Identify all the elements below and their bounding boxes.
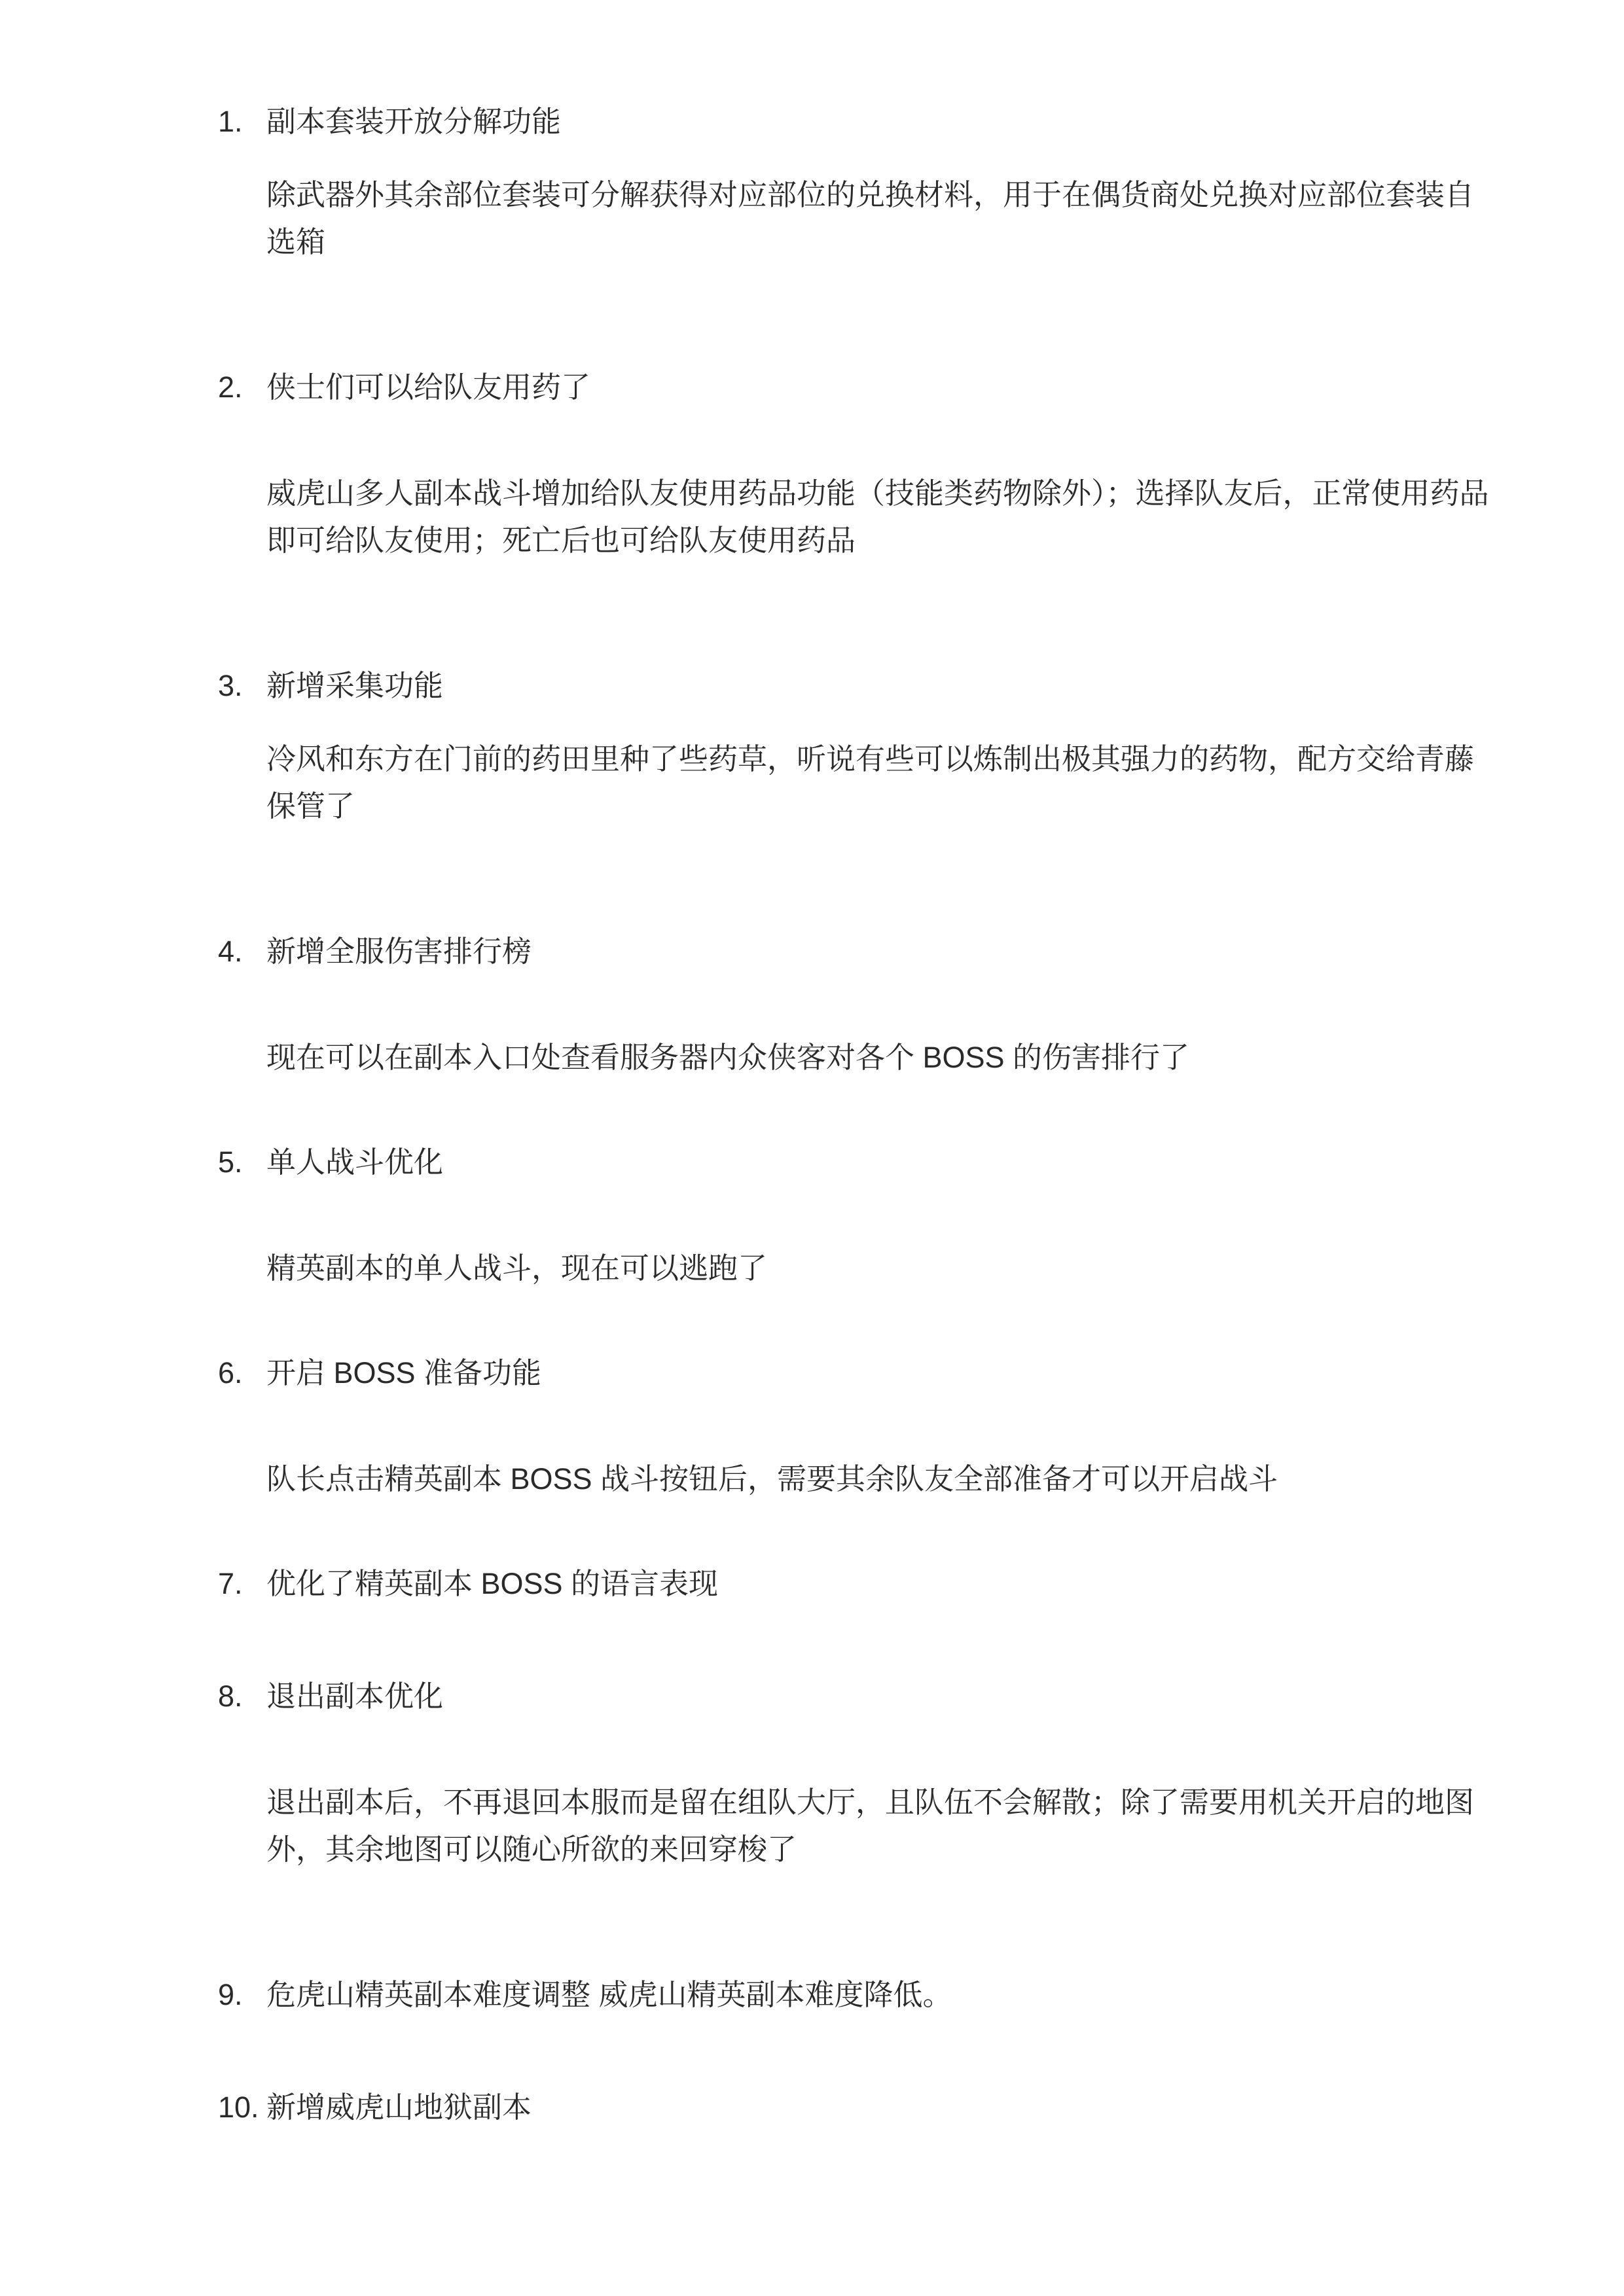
- paragraph-line: 外，其余地图可以随心所欲的来回穿梭了: [266, 1826, 1454, 1873]
- list-item-9: 9. 危虎山精英副本难度调整 威虎山精英副本难度降低。: [218, 1971, 1454, 2018]
- item-title: 新增威虎山地狱副本: [266, 2084, 532, 2131]
- item-heading: 1. 副本套装开放分解功能: [218, 98, 1454, 145]
- item-title: 单人战斗优化: [266, 1139, 443, 1186]
- paragraph-line: 除武器外其余部位套装可分解获得对应部位的兑换材料，用于在偶货商处兑换对应部位套装…: [266, 171, 1454, 219]
- paragraph-line: 即可给队友使用；死亡后也可给队友使用药品: [266, 517, 1454, 564]
- list-item-3: 3. 新增采集功能 冷风和东方在门前的药田里种了些药草，听说有些可以炼制出极其强…: [218, 662, 1454, 830]
- item-paragraph: 除武器外其余部位套装可分解获得对应部位的兑换材料，用于在偶货商处兑换对应部位套装…: [266, 171, 1454, 266]
- item-heading: 4. 新增全服伤害排行榜: [218, 928, 1454, 975]
- paragraph-line: 队长点击精英副本 BOSS 战斗按钮后，需要其余队友全部准备才可以开启战斗: [266, 1456, 1454, 1503]
- item-paragraph: 威虎山多人副本战斗增加给队友使用药品功能（技能类药物除外）；选择队友后，正常使用…: [266, 470, 1454, 564]
- item-number: 7.: [218, 1560, 266, 1607]
- item-heading: 3. 新增采集功能: [218, 662, 1454, 709]
- item-heading: 8. 退出副本优化: [218, 1673, 1454, 1720]
- paragraph-line: 现在可以在副本入口处查看服务器内众侠客对各个 BOSS 的伤害排行了: [266, 1034, 1454, 1081]
- item-number: 10.: [218, 2084, 266, 2131]
- item-heading: 7. 优化了精英副本 BOSS 的语言表现: [218, 1560, 1454, 1607]
- item-heading: 6. 开启 BOSS 准备功能: [218, 1350, 1454, 1397]
- item-heading: 2. 侠士们可以给队友用药了: [218, 364, 1454, 411]
- item-number: 8.: [218, 1673, 266, 1720]
- paragraph-line: 威虎山多人副本战斗增加给队友使用药品功能（技能类药物除外）；选择队友后，正常使用…: [266, 470, 1454, 517]
- list-item-1: 1. 副本套装开放分解功能 除武器外其余部位套装可分解获得对应部位的兑换材料，用…: [218, 98, 1454, 266]
- item-title: 危虎山精英副本难度调整 威虎山精英副本难度降低。: [266, 1971, 952, 2018]
- item-heading: 9. 危虎山精英副本难度调整 威虎山精英副本难度降低。: [218, 1971, 1454, 2018]
- list-item-10: 10. 新增威虎山地狱副本: [218, 2084, 1454, 2131]
- item-title: 开启 BOSS 准备功能: [266, 1350, 541, 1397]
- item-title: 新增全服伤害排行榜: [266, 928, 532, 975]
- item-number: 5.: [218, 1139, 266, 1186]
- list-item-2: 2. 侠士们可以给队友用药了 威虎山多人副本战斗增加给队友使用药品功能（技能类药…: [218, 364, 1454, 564]
- item-paragraph: 队长点击精英副本 BOSS 战斗按钮后，需要其余队友全部准备才可以开启战斗: [266, 1456, 1454, 1503]
- list-item-5: 5. 单人战斗优化 精英副本的单人战斗，现在可以逃跑了: [218, 1139, 1454, 1292]
- list-item-6: 6. 开启 BOSS 准备功能 队长点击精英副本 BOSS 战斗按钮后，需要其余…: [218, 1350, 1454, 1503]
- paragraph-line: 精英副本的单人战斗，现在可以逃跑了: [266, 1245, 1454, 1292]
- item-heading: 10. 新增威虎山地狱副本: [218, 2084, 1454, 2131]
- list-item-7: 7. 优化了精英副本 BOSS 的语言表现: [218, 1560, 1454, 1607]
- item-heading: 5. 单人战斗优化: [218, 1139, 1454, 1186]
- paragraph-line: 选箱: [266, 219, 1454, 266]
- item-title: 优化了精英副本 BOSS 的语言表现: [266, 1560, 718, 1607]
- paragraph-line: 退出副本后，不再退回本服而是留在组队大厅，且队伍不会解散；除了需要用机关开启的地…: [266, 1779, 1454, 1826]
- item-title: 新增采集功能: [266, 662, 443, 709]
- paragraph-line: 冷风和东方在门前的药田里种了些药草，听说有些可以炼制出极其强力的药物，配方交给青…: [266, 736, 1454, 783]
- list-item-8: 8. 退出副本优化 退出副本后，不再退回本服而是留在组队大厅，且队伍不会解散；除…: [218, 1673, 1454, 1873]
- item-paragraph: 退出副本后，不再退回本服而是留在组队大厅，且队伍不会解散；除了需要用机关开启的地…: [266, 1779, 1454, 1873]
- item-number: 1.: [218, 98, 266, 145]
- item-number: 6.: [218, 1350, 266, 1397]
- item-title: 侠士们可以给队友用药了: [266, 364, 590, 411]
- paragraph-line: 保管了: [266, 783, 1454, 830]
- item-paragraph: 精英副本的单人战斗，现在可以逃跑了: [266, 1245, 1454, 1292]
- item-number: 4.: [218, 928, 266, 975]
- item-title: 退出副本优化: [266, 1673, 443, 1720]
- item-number: 2.: [218, 364, 266, 411]
- list-item-4: 4. 新增全服伤害排行榜 现在可以在副本入口处查看服务器内众侠客对各个 BOSS…: [218, 928, 1454, 1081]
- document-page: 1. 副本套装开放分解功能 除武器外其余部位套装可分解获得对应部位的兑换材料，用…: [0, 0, 1624, 2296]
- item-number: 3.: [218, 662, 266, 709]
- item-title: 副本套装开放分解功能: [266, 98, 561, 145]
- item-number: 9.: [218, 1971, 266, 2018]
- item-paragraph: 冷风和东方在门前的药田里种了些药草，听说有些可以炼制出极其强力的药物，配方交给青…: [266, 736, 1454, 830]
- item-paragraph: 现在可以在副本入口处查看服务器内众侠客对各个 BOSS 的伤害排行了: [266, 1034, 1454, 1081]
